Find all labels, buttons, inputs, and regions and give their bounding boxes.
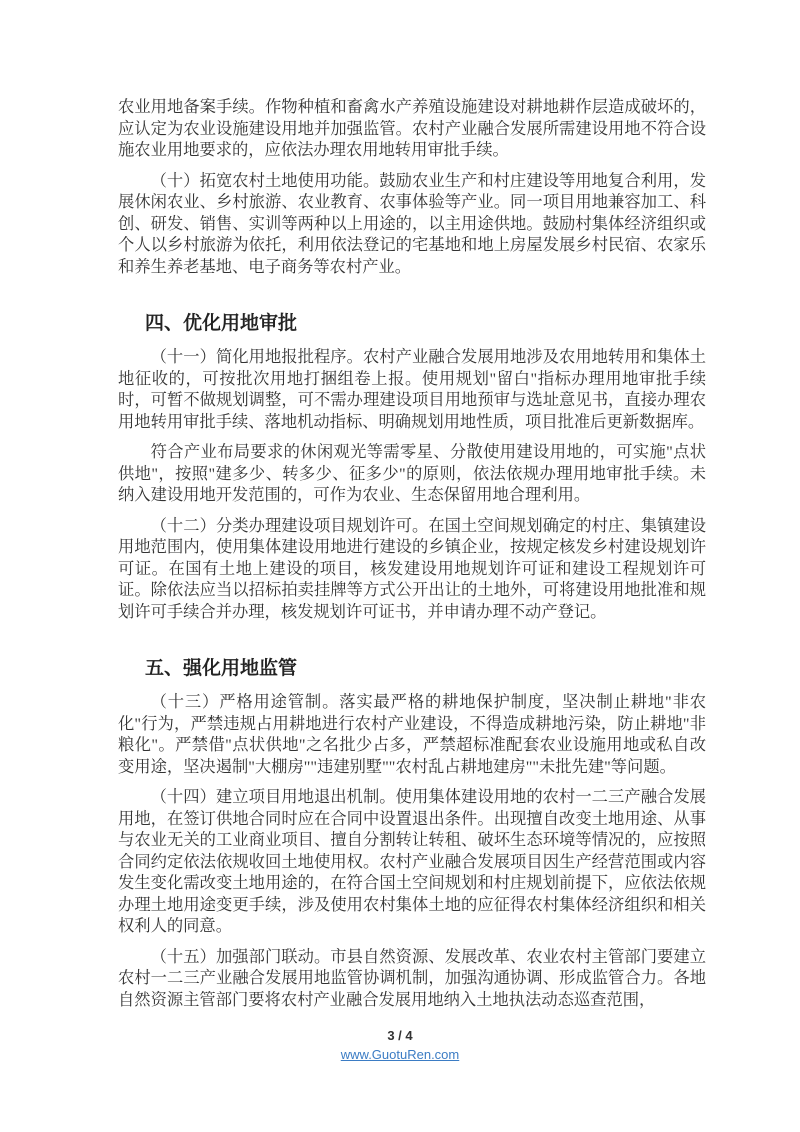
section-heading: 五、强化用地监管 <box>145 656 706 681</box>
paragraph: （十二）分类办理建设项目规划许可。在国土空间规划确定的村庄、集镇建设用地范围内，… <box>118 515 706 623</box>
document-page: 农业用地备案手续。作物种植和畜禽水产养殖设施建设对耕地耕作层造成破坏的，应认定为… <box>0 0 800 1132</box>
paragraph: 农业用地备案手续。作物种植和畜禽水产养殖设施建设对耕地耕作层造成破坏的，应认定为… <box>118 96 706 161</box>
paragraph: （十五）加强部门联动。市县自然资源、发展改革、农业农村主管部门要建立农村一二三产… <box>118 946 706 1011</box>
footer-link[interactable]: www.GuotuRen.com <box>341 1047 460 1063</box>
paragraph: 符合产业布局要求的休闲观光等需零星、分散使用建设用地的，可实施"点状供地"，按照… <box>118 441 706 506</box>
page-number: 3 / 4 <box>0 1028 800 1044</box>
document-body: 农业用地备案手续。作物种植和畜禽水产养殖设施建设对耕地耕作层造成破坏的，应认定为… <box>118 96 706 1010</box>
page-footer: 3 / 4 www.GuotuRen.com <box>0 1028 800 1064</box>
paragraph: （十一）简化用地报批程序。农村产业融合发展用地涉及农用地转用和集体土地征收的，可… <box>118 346 706 432</box>
section-heading: 四、优化用地审批 <box>145 311 706 336</box>
paragraph: （十）拓宽农村土地使用功能。鼓励农业生产和村庄建设等用地复合利用，发展休闲农业、… <box>118 170 706 278</box>
paragraph: （十三）严格用途管制。落实最严格的耕地保护制度，坚决制止耕地"非农化"行为，严禁… <box>118 691 706 777</box>
paragraph: （十四）建立项目用地退出机制。使用集体建设用地的农村一二三产融合发展用地，在签订… <box>118 786 706 937</box>
